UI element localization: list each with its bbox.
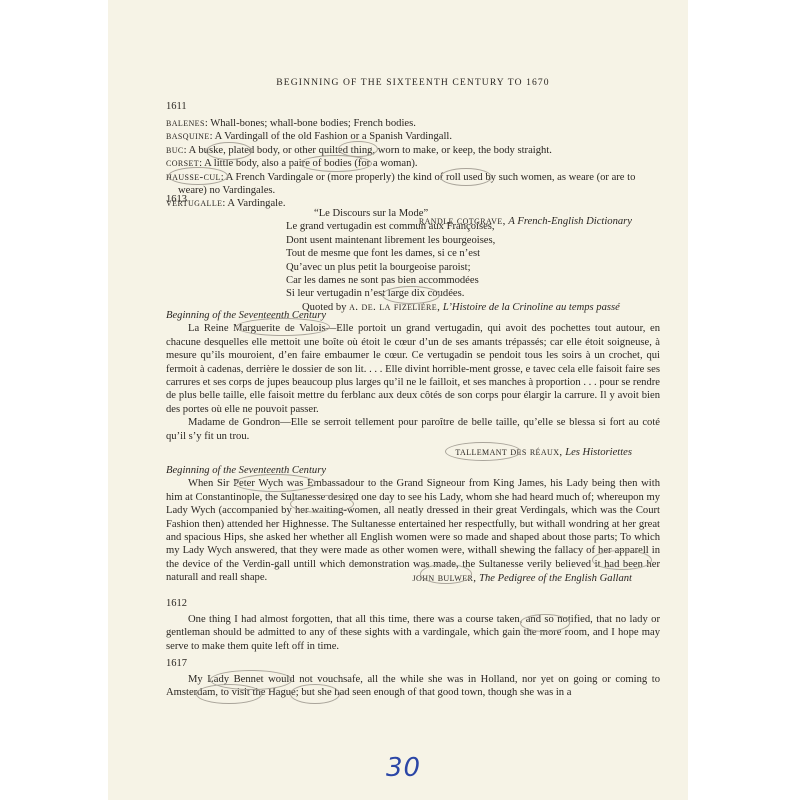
entry-term: buc <box>166 144 184 156</box>
entry-term: corset <box>166 157 199 169</box>
year-heading-1617: 1617 <box>166 657 187 670</box>
section-subhead: Beginning of the Seventeenth Century <box>166 309 660 322</box>
attribution-work: The Pedigree of the English Gallant <box>479 573 632 584</box>
paragraph-valois: La Reine Marguerite de Valois—Elle porto… <box>166 322 660 416</box>
year-heading-1611: 1611 <box>166 100 187 113</box>
entry-term: basquine <box>166 130 210 142</box>
year-heading-1613: 1613 <box>166 193 187 206</box>
section-valois: Beginning of the Seventeenth Century La … <box>166 309 660 459</box>
attribution-author: john bulwer, <box>413 572 477 584</box>
paragraph-1612: One thing I had almost forgotten, that a… <box>166 613 660 653</box>
poem-line: Dont usent maintenant librement les bour… <box>286 234 646 247</box>
attribution-author: tallemant des réaux, <box>455 446 562 458</box>
entry-definition: : A Vardingale. <box>222 198 285 209</box>
entry-term: hausse-cul <box>166 171 221 183</box>
section-1612: One thing I had almost forgotten, that a… <box>166 613 660 653</box>
entry-hausse-cul: hausse-cul: A French Vardingale or (more… <box>166 171 660 198</box>
paragraph-gondron: Madame de Gondron—Elle se serroit tellem… <box>166 416 660 443</box>
section-1617: My Lady Bennet would not vouchsafe, all … <box>166 673 660 700</box>
entry-term: balenes <box>166 117 205 129</box>
running-head: BEGINNING OF THE SIXTEENTH CENTURY TO 16… <box>166 76 660 89</box>
handwritten-page-number: 30 <box>386 753 421 783</box>
entry-buc: buc: A buske, plated body, or other quil… <box>166 144 660 157</box>
section-wych: Beginning of the Seventeenth Century Whe… <box>166 464 660 585</box>
poem-title: “Le Discours sur la Mode” <box>286 207 646 220</box>
entry-definition: : A little body, also a paire of bodies … <box>199 158 418 169</box>
entry-corset: corset: A little body, also a paire of b… <box>166 157 660 170</box>
poem-line: Car les dames ne sont pas bien accommodé… <box>286 274 646 287</box>
section-subhead: Beginning of the Seventeenth Century <box>166 464 660 477</box>
entry-definition: : Whall-bones; whall-bone bodies; French… <box>205 118 416 129</box>
attribution-work: Les Historiettes <box>565 447 632 458</box>
poem-line: Tout de mesme que font les dames, si ce … <box>286 247 646 260</box>
attribution-tallemant: tallemant des réaux, Les Historiettes <box>166 446 660 459</box>
entry-balenes: balenes: Whall-bones; whall-bone bodies;… <box>166 117 660 130</box>
paragraph-wych: When Sir Peter Wych was Embassadour to t… <box>166 477 660 584</box>
entry-definition: : A buske, plated body, or other quilted… <box>184 145 552 156</box>
poem-line: Qu’avec un plus petit la bourgeoise paro… <box>286 261 646 274</box>
poem-line: Si leur vertugadin n’est large dix coudé… <box>286 287 646 300</box>
poem-block: “Le Discours sur la Mode” Le grand vertu… <box>286 207 646 314</box>
entry-definition: : A Vardingall of the old Fashion or a S… <box>210 131 452 142</box>
paragraph-1617: My Lady Bennet would not vouchsafe, all … <box>166 673 660 700</box>
year-heading-1612: 1612 <box>166 597 187 610</box>
entry-definition: : A French Vardingale or (more properly)… <box>178 172 635 196</box>
entry-basquine: basquine: A Vardingall of the old Fashio… <box>166 130 660 143</box>
poem-line: Le grand vertugadin est commun aux Franç… <box>286 220 646 233</box>
